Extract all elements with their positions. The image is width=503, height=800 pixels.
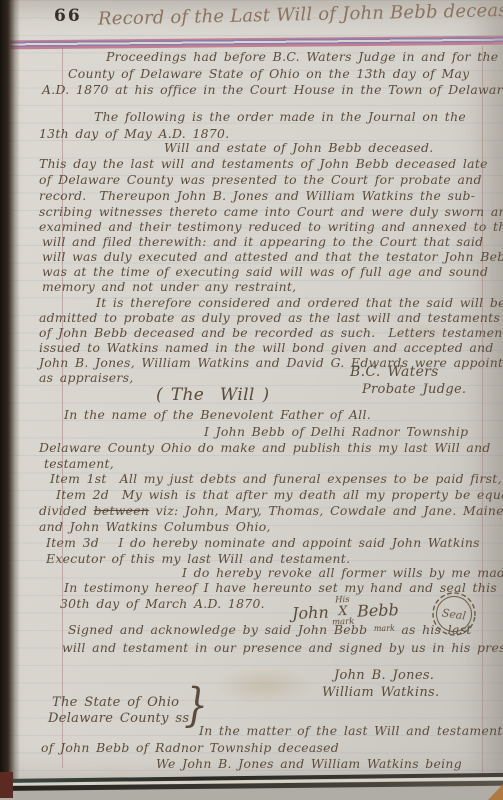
text-run: I do hereby revoke all former wills by m… bbox=[182, 565, 503, 580]
text-run: admitted to probate as duly proved as th… bbox=[39, 310, 500, 325]
left-margin-line bbox=[62, 46, 63, 768]
handwritten-line: B.C. Waters bbox=[350, 365, 439, 380]
handwritten-line: Item 2d My wish is that after my death a… bbox=[56, 488, 503, 502]
text-run: viz: John, Mary, Thomas, Cowdale and Jan… bbox=[149, 503, 503, 518]
text-run: John B. Jones. bbox=[334, 668, 434, 683]
text-run: of Delaware County was presented to the … bbox=[39, 172, 482, 187]
handwritten-line: Delaware County ss bbox=[48, 712, 189, 726]
text-run: examined and their testimony reduced to … bbox=[39, 219, 503, 234]
text-run: of John Bebb deceased and be recorded as… bbox=[39, 325, 503, 340]
handwritten-line: The State of Ohio bbox=[52, 696, 179, 710]
handwritten-line: In the matter of the last Will and testa… bbox=[199, 724, 503, 738]
handwritten-line: of Delaware County was presented to the … bbox=[39, 173, 482, 187]
text-run: Delaware County Ohio do make and publish… bbox=[39, 440, 491, 455]
handwritten-line: memory and not under any restraint, bbox=[42, 280, 296, 294]
text-run: B.C. Waters bbox=[350, 364, 439, 380]
handwritten-line: 13th day of May A.D. 1870. bbox=[39, 127, 229, 141]
text-run: and John Watkins Columbus Ohio, bbox=[39, 519, 271, 534]
handwritten-line: County of Delaware State of Ohio on the … bbox=[68, 67, 470, 81]
header-double-rule bbox=[10, 36, 503, 50]
handwritten-line: admitted to probate as duly proved as th… bbox=[39, 311, 500, 325]
handwritten-line: of John Bebb of Radnor Township deceased bbox=[41, 741, 339, 755]
handwritten-line: Probate Judge. bbox=[362, 383, 466, 397]
text-run: mark bbox=[374, 624, 395, 633]
text-run: will and filed therewith: and it appeari… bbox=[42, 234, 483, 249]
text-run: Probate Judge. bbox=[362, 382, 466, 397]
text-run: A.D. 1870 at his office in the Court Hou… bbox=[42, 82, 503, 97]
handwritten-line: as appraisers, bbox=[39, 371, 134, 385]
signature-x-mark: X bbox=[338, 604, 348, 617]
handwritten-line: Signed and acknowledge by said John Bebb… bbox=[68, 623, 472, 637]
handwritten-line: John B. Jones. bbox=[334, 669, 434, 683]
text-run: will was duly executed and attested and … bbox=[42, 249, 503, 264]
handwritten-line: ( The Will ) bbox=[156, 386, 269, 405]
handwritten-line: We John B. Jones and William Watkins bei… bbox=[156, 757, 462, 771]
text-run: as appraisers, bbox=[39, 370, 134, 385]
handwritten-line: The following is the order made in the J… bbox=[94, 110, 466, 124]
handwritten-line: It is therefore considered and ordered t… bbox=[96, 296, 503, 310]
text-run: We John B. Jones and William Watkins bei… bbox=[156, 756, 462, 771]
text-run: record. Thereupon John B. Jones and Will… bbox=[39, 188, 475, 203]
text-run: Proceedings had before B.C. Waters Judge… bbox=[106, 49, 498, 64]
handwritten-line: will and filed therewith: and it appeari… bbox=[42, 235, 483, 249]
handwritten-line: This day the last will and testaments of… bbox=[39, 157, 488, 171]
ledger-page: 66 Record of the Last Will of John Bebb … bbox=[6, 0, 503, 779]
struck-word: between bbox=[94, 503, 150, 518]
text-run: County of Delaware State of Ohio on the … bbox=[68, 66, 470, 81]
text-run: of John Bebb of Radnor Township deceased bbox=[41, 740, 339, 755]
handwritten-line: Delaware County Ohio do make and publish… bbox=[39, 441, 491, 455]
handwritten-line: scribing witnesses thereto came into Cou… bbox=[39, 205, 503, 219]
handwritten-line: issued to Watkins named in the will bond… bbox=[39, 341, 494, 355]
scanned-will-record-page: 66 Record of the Last Will of John Bebb … bbox=[0, 0, 503, 800]
handwritten-line: I do hereby revoke all former wills by m… bbox=[182, 566, 503, 580]
record-title: Record of the Last Will of John Bebb dec… bbox=[98, 0, 503, 30]
text-run: will and testament in our presence and s… bbox=[62, 640, 503, 655]
handwritten-line: I John Bebb of Delhi Radnor Township bbox=[204, 425, 468, 439]
text-run: Item 2d My wish is that after my death a… bbox=[56, 487, 503, 502]
handwritten-line: William Watkins. bbox=[322, 686, 439, 700]
handwritten-line: testament, bbox=[44, 457, 114, 471]
text-run: In the matter of the last Will and testa… bbox=[199, 723, 503, 738]
text-run: William Watkins. bbox=[322, 685, 439, 700]
handwritten-line: Proceedings had before B.C. Waters Judge… bbox=[106, 50, 498, 64]
text-run: In the name of the Benevolent Father of … bbox=[64, 407, 371, 422]
text-run: This day the last will and testaments of… bbox=[39, 156, 488, 171]
handwritten-line: In the name of the Benevolent Father of … bbox=[64, 408, 371, 422]
book-binding-edge bbox=[0, 0, 20, 779]
mark-label: mark bbox=[332, 617, 355, 626]
handwritten-line: examined and their testimony reduced to … bbox=[39, 220, 503, 234]
text-run: testament, bbox=[44, 456, 114, 471]
text-run: scribing witnesses thereto came into Cou… bbox=[39, 204, 503, 219]
text-run: The following is the order made in the J… bbox=[94, 109, 466, 124]
handwritten-line: was at the time of executing said will w… bbox=[42, 265, 488, 279]
his-mark-stack: His X mark bbox=[331, 596, 354, 627]
bottom-left-corner-stain bbox=[0, 772, 13, 798]
handwritten-line: and John Watkins Columbus Ohio, bbox=[39, 520, 271, 534]
handwritten-line: will was duly executed and attested and … bbox=[42, 250, 503, 264]
text-run: I John Bebb of Delhi Radnor Township bbox=[204, 424, 468, 439]
text-run: was at the time of executing said will w… bbox=[42, 264, 488, 279]
text-run: 30th day of March A.D. 1870. bbox=[60, 596, 265, 611]
signature-last-name: Bebb bbox=[357, 600, 399, 620]
handwritten-line: Will and estate of John Bebb deceased. bbox=[164, 141, 434, 155]
text-run: Item 3d I do hereby nominate and appoint… bbox=[46, 535, 480, 550]
text-run: The State of Ohio bbox=[52, 695, 179, 710]
handwritten-line: A.D. 1870 at his office in the Court Hou… bbox=[42, 83, 503, 97]
text-run: Delaware County ss bbox=[48, 711, 189, 726]
text-run: memory and not under any restraint, bbox=[42, 279, 296, 294]
text-run: issued to Watkins named in the will bond… bbox=[39, 340, 494, 355]
handwritten-line: Item 3d I do hereby nominate and appoint… bbox=[46, 536, 480, 550]
text-run: Executor of this my last Will and testam… bbox=[46, 551, 350, 566]
text-run: 13th day of May A.D. 1870. bbox=[39, 126, 229, 141]
handwritten-line: of John Bebb deceased and be recorded as… bbox=[39, 326, 503, 340]
handwritten-line: record. Thereupon John B. Jones and Will… bbox=[39, 189, 475, 203]
handwritten-line: will and testament in our presence and s… bbox=[62, 641, 503, 655]
county-brace: } bbox=[184, 683, 208, 729]
page-number: 66 bbox=[54, 6, 82, 26]
handwritten-line: Item 1st All my just debts and funeral e… bbox=[50, 472, 502, 486]
handwritten-line: 30th day of March A.D. 1870. bbox=[60, 597, 265, 611]
text-run: Item 1st All my just debts and funeral e… bbox=[50, 471, 502, 486]
text-run: ( The Will ) bbox=[156, 385, 269, 405]
testator-signature: John His X mark Bebb bbox=[292, 594, 400, 628]
text-run: It is therefore considered and ordered t… bbox=[96, 295, 503, 310]
handwritten-line: Executor of this my last Will and testam… bbox=[46, 552, 350, 566]
handwritten-line: divided between viz: John, Mary, Thomas,… bbox=[39, 504, 503, 518]
signature-first-name: John bbox=[292, 602, 329, 622]
text-run: Will and estate of John Bebb deceased. bbox=[164, 140, 434, 155]
text-run: divided bbox=[39, 503, 94, 518]
seal-stamp: Seal bbox=[425, 585, 484, 644]
seal-label: Seal bbox=[441, 606, 467, 622]
